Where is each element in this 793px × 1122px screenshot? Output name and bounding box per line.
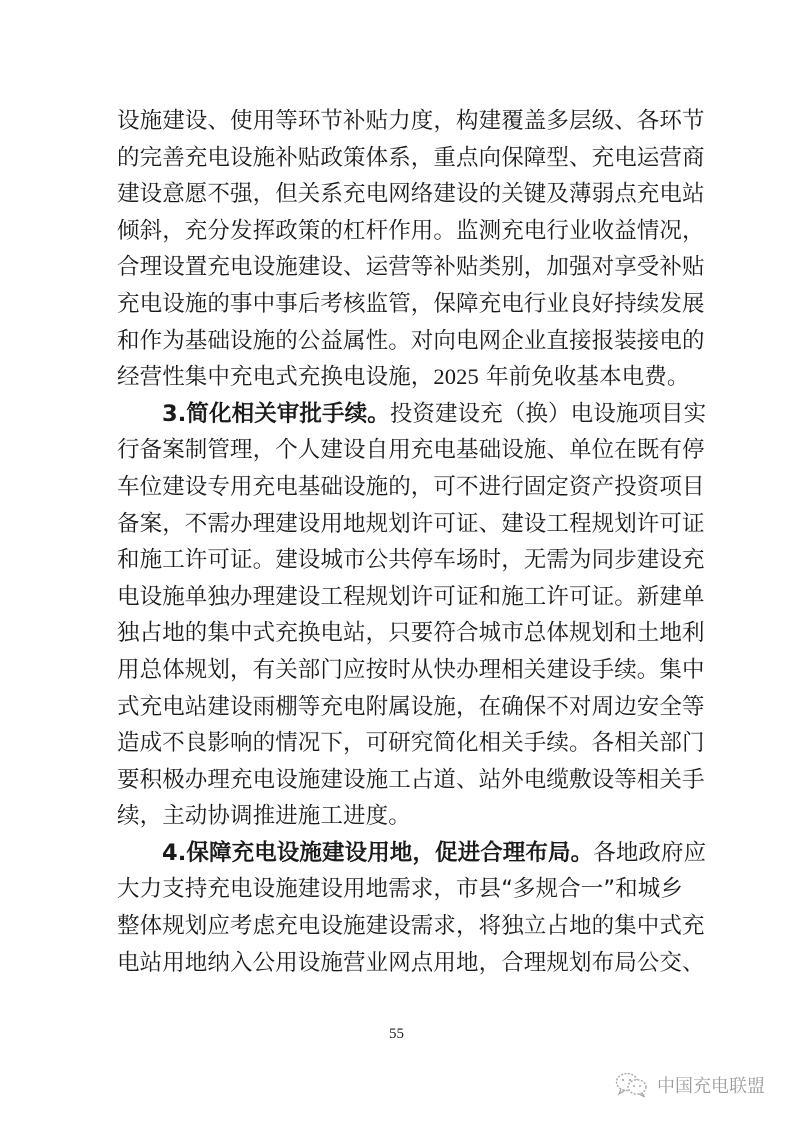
section-4-heading: 4.保障充电设施建设用地，促进合理布局。: [162, 840, 593, 866]
paragraph-line: 经营性集中充电式充换电设施，2025 年前免收基本电费。: [117, 359, 677, 396]
paragraph-line: 整体规划应考虑充电设施建设需求，将独立占地的集中式充: [117, 908, 677, 945]
section-4-first-line: 4.保障充电设施建设用地，促进合理布局。各地政府应: [117, 835, 677, 872]
paragraph-line: 建设意愿不强，但关系充电网络建设的关键及薄弱点充电站: [117, 176, 677, 213]
paragraph-line: 用总体规划，有关部门应按时从快办理相关建设手续。集中: [117, 652, 677, 689]
watermark: 中国充电联盟: [615, 1072, 765, 1098]
paragraph-line: 的完善充电设施补贴政策体系，重点向保障型、充电运营商: [117, 140, 677, 177]
paragraph-line: 式充电站建设雨棚等充电附属设施，在确保不对周边安全等: [117, 689, 677, 726]
paragraph-line: 造成不良影响的情况下，可研究简化相关手续。各相关部门: [117, 725, 677, 762]
section-3-heading: 3.简化相关审批手续。: [162, 401, 390, 427]
paragraph-line: 合理设置充电设施建设、运营等补贴类别，加强对享受补贴: [117, 249, 677, 286]
text-segment: 经营性集中充电式充换电设施，: [117, 364, 433, 390]
paragraph-line: 电设施单独办理建设工程规划许可证和施工许可证。新建单: [117, 579, 677, 616]
paragraph-line: 行备案制管理，个人建设自用充电基础设施、单位在既有停: [117, 432, 677, 469]
page-number: 55: [0, 1026, 793, 1043]
paragraph-line: 和作为基础设施的公益属性。对向电网企业直接报装接电的: [117, 323, 677, 360]
paragraph-line: 电站用地纳入公用设施营业网点用地，合理规划布局公交、: [117, 945, 677, 982]
text-segment: 投资建设充（换）电设施项目实: [390, 401, 706, 427]
text-segment: 各地政府应: [593, 840, 706, 866]
paragraph-line: 设施建设、使用等环节补贴力度，构建覆盖多层级、各环节: [117, 103, 677, 140]
year-number: 2025: [433, 364, 478, 389]
paragraph-line: 大力支持充电设施建设用地需求，市县“多规合一”和城乡: [117, 871, 677, 908]
paragraph-line: 充电设施的事中事后考核监管，保障充电行业良好持续发展: [117, 286, 677, 323]
paragraph-line: 车位建设专用充电基础设施的，可不进行固定资产投资项目: [117, 469, 677, 506]
paragraph-line: 续，主动协调推进施工进度。: [117, 798, 677, 835]
text-segment: 年前免收基本电费。: [479, 364, 690, 390]
paragraph-line: 独占地的集中式充换电站，只要符合城市总体规划和土地利: [117, 615, 677, 652]
paragraph-line: 倾斜，充分发挥政策的杠杆作用。监测充电行业收益情况，: [117, 213, 677, 250]
document-body: 设施建设、使用等环节补贴力度，构建覆盖多层级、各环节 的完善充电设施补贴政策体系…: [117, 103, 677, 981]
section-3-first-line: 3.简化相关审批手续。投资建设充（换）电设施项目实: [117, 396, 677, 433]
paragraph-line: 要积极办理充电设施建设施工占道、站外电缆敷设等相关手: [117, 762, 677, 799]
document-page: 设施建设、使用等环节补贴力度，构建覆盖多层级、各环节 的完善充电设施补贴政策体系…: [0, 0, 793, 1122]
paragraph-line: 备案，不需办理建设用地规划许可证、建设工程规划许可证: [117, 506, 677, 543]
paragraph-line: 和施工许可证。建设城市公共停车场时，无需为同步建设充: [117, 542, 677, 579]
wechat-icon: [615, 1072, 649, 1098]
watermark-text: 中国充电联盟: [657, 1072, 765, 1098]
